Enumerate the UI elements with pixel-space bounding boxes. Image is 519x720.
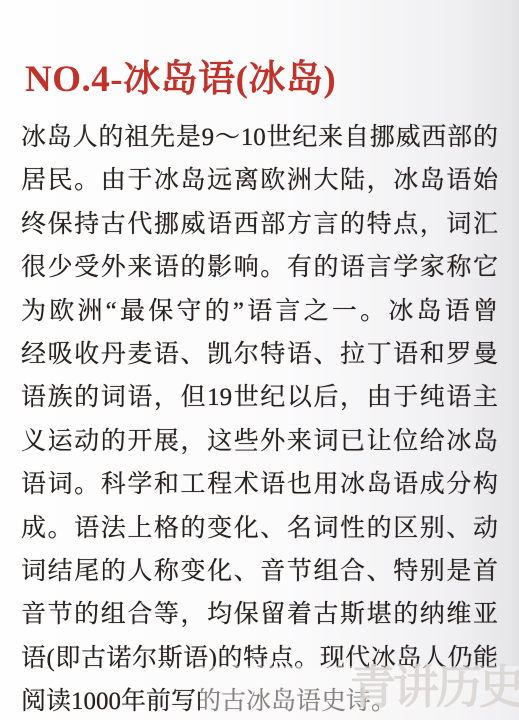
body-line: 居民。由于冰岛远离欧洲大陆，冰岛语始 [21, 159, 498, 202]
page-root: NO.4-冰岛语(冰岛) 冰岛人的祖先是9～10世纪来自挪威西部的 居民。由于冰… [0, 0, 519, 720]
body-line: 义运动的开展，这些外来词已让位给冰岛 [21, 420, 498, 463]
body-line: 为欧洲“最保守的”语言之一。冰岛语曾 [21, 290, 498, 333]
body-line: 冰岛人的祖先是9～10世纪来自挪威西部的 [21, 116, 498, 159]
body-line: 语词。科学和工程术语也用冰岛语成分构 [21, 463, 498, 506]
body-line: 语(即古诺尔斯语)的特点。现代冰岛人仍能 [21, 637, 498, 680]
body-line: 语族的词语，但19世纪以后，由于纯语主 [21, 376, 498, 419]
body-line: 很少受外来语的影响。有的语言学家称它 [21, 246, 498, 289]
body-line: 经吸收丹麦语、凯尔特语、拉丁语和罗曼 [21, 333, 498, 376]
page-title: NO.4-冰岛语(冰岛) [25, 58, 336, 102]
article-body: 冰岛人的祖先是9～10世纪来自挪威西部的 居民。由于冰岛远离欧洲大陆，冰岛语始 … [21, 116, 498, 720]
body-line: 阅读1000年前写的古冰岛语史诗。 [21, 680, 498, 720]
body-line: 成。语法上格的变化、名词性的区别、动 [21, 507, 498, 550]
body-line: 终保持古代挪威语西部方言的特点，词汇 [21, 203, 498, 246]
body-line: 音节的组合等，均保留着古斯堪的纳维亚 [21, 593, 498, 636]
body-line: 词结尾的人称变化、音节组合、特别是首 [21, 550, 498, 593]
